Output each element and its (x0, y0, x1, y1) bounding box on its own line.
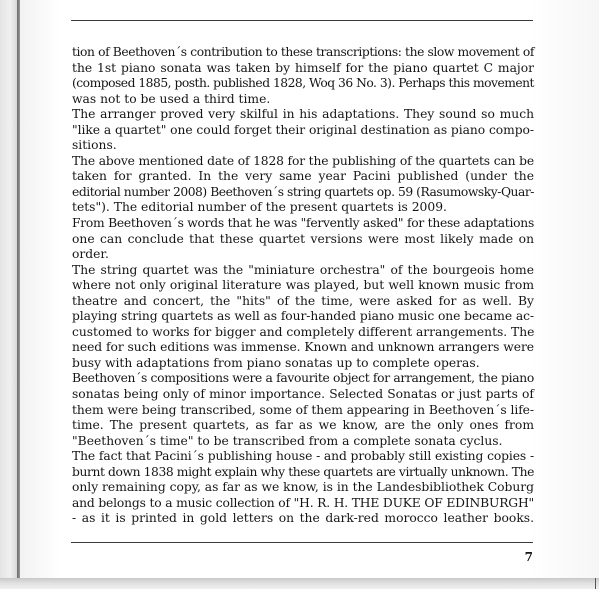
page-number: 7 (525, 550, 533, 564)
text-line: The arranger proved very skilful in his … (72, 107, 534, 123)
text-line: burnt down 1838 might explain why these … (72, 465, 534, 481)
page-shadow (20, 0, 60, 589)
text-line: editorial number 2008) Beethoven´s strin… (72, 185, 534, 201)
text-line: where not only original literature was p… (72, 278, 534, 294)
header-rule (71, 20, 533, 21)
text-line: sonatas being only of minor importance. … (72, 387, 534, 403)
text-line: playing string quartets as well as four-… (72, 309, 534, 325)
text-line: tion of Beethoven´s contribution to thes… (72, 45, 534, 61)
scan-left-margin (0, 0, 17, 589)
text-line: From Beethoven´s words that he was "ferv… (72, 216, 534, 232)
text-line: The above mentioned date of 1828 for the… (72, 154, 534, 170)
text-line: only remaining copy, as far as we know, … (72, 480, 534, 496)
page-right-shadow (529, 0, 599, 589)
scan-bottom-edge (0, 578, 599, 589)
body-text: tion of Beethoven´s contribution to thes… (72, 45, 534, 527)
text-line: "like a quartet" one could forget their … (72, 123, 534, 139)
text-line: - as it is printed in gold letters on th… (72, 511, 534, 527)
text-line: "Beethoven´s time" to be transcribed fro… (72, 434, 534, 450)
text-line: the 1st piano sonata was taken by himsel… (72, 61, 534, 77)
text-line: order. (72, 247, 534, 263)
text-line: tets"). The editorial number of the pres… (72, 200, 534, 216)
text-line: busy with adaptations from piano sonatas… (72, 356, 534, 372)
text-line: need for such editions was immense. Know… (72, 340, 534, 356)
text-line: (composed 1885, posth. published 1828, W… (72, 76, 534, 92)
text-line: sitions. (72, 138, 534, 154)
text-line: one can conclude that these quartet vers… (72, 232, 534, 248)
text-line: customed to works for bigger and complet… (72, 325, 534, 341)
text-line: The string quartet was the "miniature or… (72, 263, 534, 279)
scan-corner-edge (595, 578, 596, 589)
text-line: them were being transcribed, some of the… (72, 403, 534, 419)
text-line: The fact that Pacini´s publishing house … (72, 449, 534, 465)
text-line: theatre and concert, the "hits" of the t… (72, 294, 534, 310)
text-line: taken for granted. In the very same year… (72, 169, 534, 185)
text-line: Beethoven´s compositions were a favourit… (72, 371, 534, 387)
text-line: time. The present quartets, as far as we… (72, 418, 534, 434)
text-line: was not to be used a third time. (72, 92, 534, 108)
footer-rule (71, 542, 533, 543)
text-line: and belongs to a music collection of "H.… (72, 496, 534, 512)
